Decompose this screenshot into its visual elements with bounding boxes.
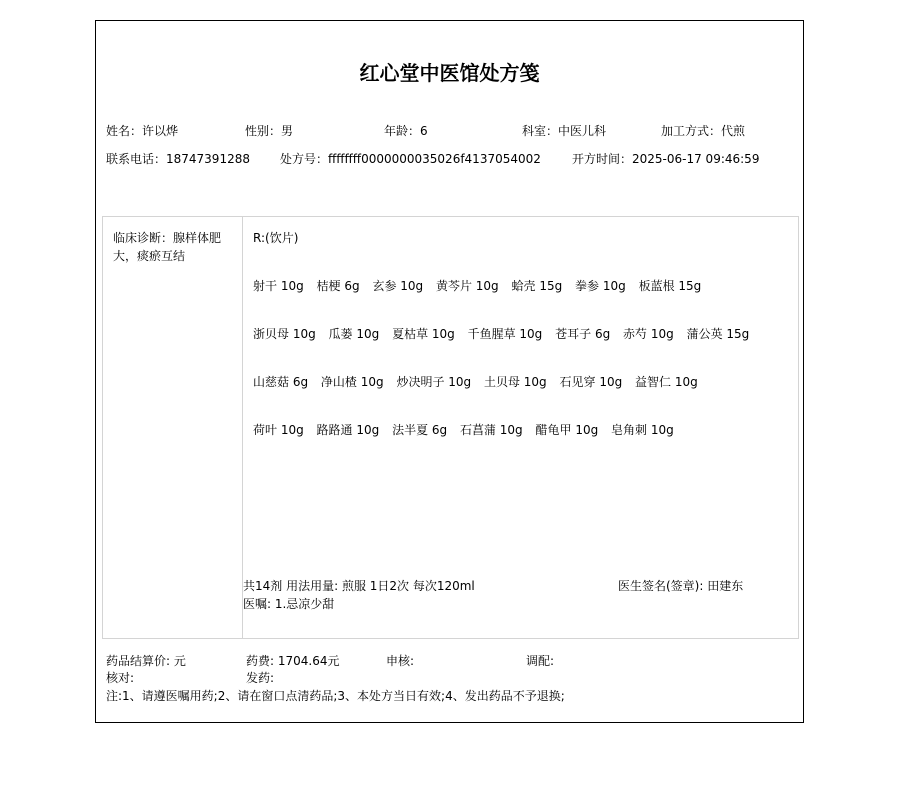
herb-item: 苍耳子 6g	[555, 327, 610, 341]
footer-notes: 注:1、请遵医嘱用药;2、请在窗口点清药品;3、本处方当日有效;4、发出药品不予…	[106, 687, 565, 704]
processing-method: 加工方式：代煎	[661, 124, 745, 138]
herb-item: 千鱼腥草 10g	[468, 327, 543, 341]
doctor-signature: 医生签名(签章): 田建东	[618, 577, 743, 594]
issue: 发药:	[246, 669, 274, 686]
herb-row-4: 荷叶 10g 路路通 10g 法半夏 6g 石菖蒲 10g 醋龟甲 10g 皂角…	[253, 421, 683, 438]
herb-item: 山慈菇 6g	[253, 375, 308, 389]
footer-row-1: 药品结算价: 元 药费: 1704.64元 申核: 调配:	[106, 652, 796, 668]
herb-item: 石菖蒲 10g	[460, 423, 523, 437]
column-divider	[242, 217, 243, 638]
herb-item: 炒决明子 10g	[396, 375, 471, 389]
herb-item: 土贝母 10g	[484, 375, 547, 389]
settlement-price: 药品结算价: 元	[106, 652, 186, 669]
check: 核对:	[106, 669, 134, 686]
doctor-advice: 医嘱: 1.忌凉少甜	[243, 595, 475, 613]
prescription-form: 红心堂中医馆处方笺 姓名：许以烨 性别：男 年龄：6 科室：中医儿科 加工方式：…	[95, 20, 804, 723]
phone: 联系电话：18747391288	[106, 152, 250, 166]
herb-item: 夏枯草 10g	[392, 327, 455, 341]
herb-item: 益智仁 10g	[635, 375, 698, 389]
herb-item: 射干 10g	[253, 279, 304, 293]
drug-fee: 药费: 1704.64元	[246, 652, 339, 669]
prescription-box: 临床诊断：腺样体肥大，痰瘀互结 R:(饮片) 射干 10g 桔梗 6g 玄参 1…	[102, 216, 799, 639]
herb-item: 皂角刺 10g	[611, 423, 674, 437]
herb-item: 板蓝根 15g	[639, 279, 702, 293]
herb-item: 法半夏 6g	[392, 423, 447, 437]
herb-item: 瓜蒌 10g	[329, 327, 380, 341]
herb-item: 赤芍 10g	[623, 327, 674, 341]
herb-item: 蛤壳 15g	[512, 279, 563, 293]
herb-item: 浙贝母 10g	[253, 327, 316, 341]
usage-section: 共14剂 用法用量: 煎服 1日2次 每次120ml 医嘱: 1.忌凉少甜	[243, 577, 475, 613]
herb-item: 桔梗 6g	[317, 279, 360, 293]
patient-age: 年龄：6	[384, 124, 428, 138]
clinical-diagnosis: 临床诊断：腺样体肥大，痰瘀互结	[113, 229, 238, 265]
document-title: 红心堂中医馆处方笺	[96, 57, 803, 86]
herb-item: 醋龟甲 10g	[536, 423, 599, 437]
usage-dosage: 共14剂 用法用量: 煎服 1日2次 每次120ml	[243, 577, 475, 595]
department: 科室：中医儿科	[522, 124, 606, 138]
herb-row-3: 山慈菇 6g 净山楂 10g 炒决明子 10g 土贝母 10g 石见穿 10g …	[253, 373, 707, 390]
dispense: 调配:	[526, 652, 554, 669]
herb-item: 玄参 10g	[372, 279, 423, 293]
herb-item: 荷叶 10g	[253, 423, 304, 437]
prescription-number: 处方号：ffffffff0000000035026f4137054002	[280, 152, 541, 166]
rx-type-label: R:(饮片)	[253, 229, 298, 246]
review: 申核:	[386, 652, 414, 669]
footer-row-2: 核对: 发药:	[106, 669, 796, 685]
prescription-time: 开方时间：2025-06-17 09:46:59	[572, 152, 759, 166]
herb-item: 黄芩片 10g	[436, 279, 499, 293]
herb-item: 石见穿 10g	[560, 375, 623, 389]
patient-name: 姓名：许以烨	[106, 124, 178, 138]
herb-item: 净山楂 10g	[321, 375, 384, 389]
patient-gender: 性别：男	[245, 124, 293, 138]
herb-row-2: 浙贝母 10g 瓜蒌 10g 夏枯草 10g 千鱼腥草 10g 苍耳子 6g 赤…	[253, 325, 758, 342]
herb-row-1: 射干 10g 桔梗 6g 玄参 10g 黄芩片 10g 蛤壳 15g 拳参 10…	[253, 277, 710, 294]
herb-item: 路路通 10g	[317, 423, 380, 437]
herb-item: 蒲公英 15g	[687, 327, 750, 341]
herb-item: 拳参 10g	[575, 279, 626, 293]
